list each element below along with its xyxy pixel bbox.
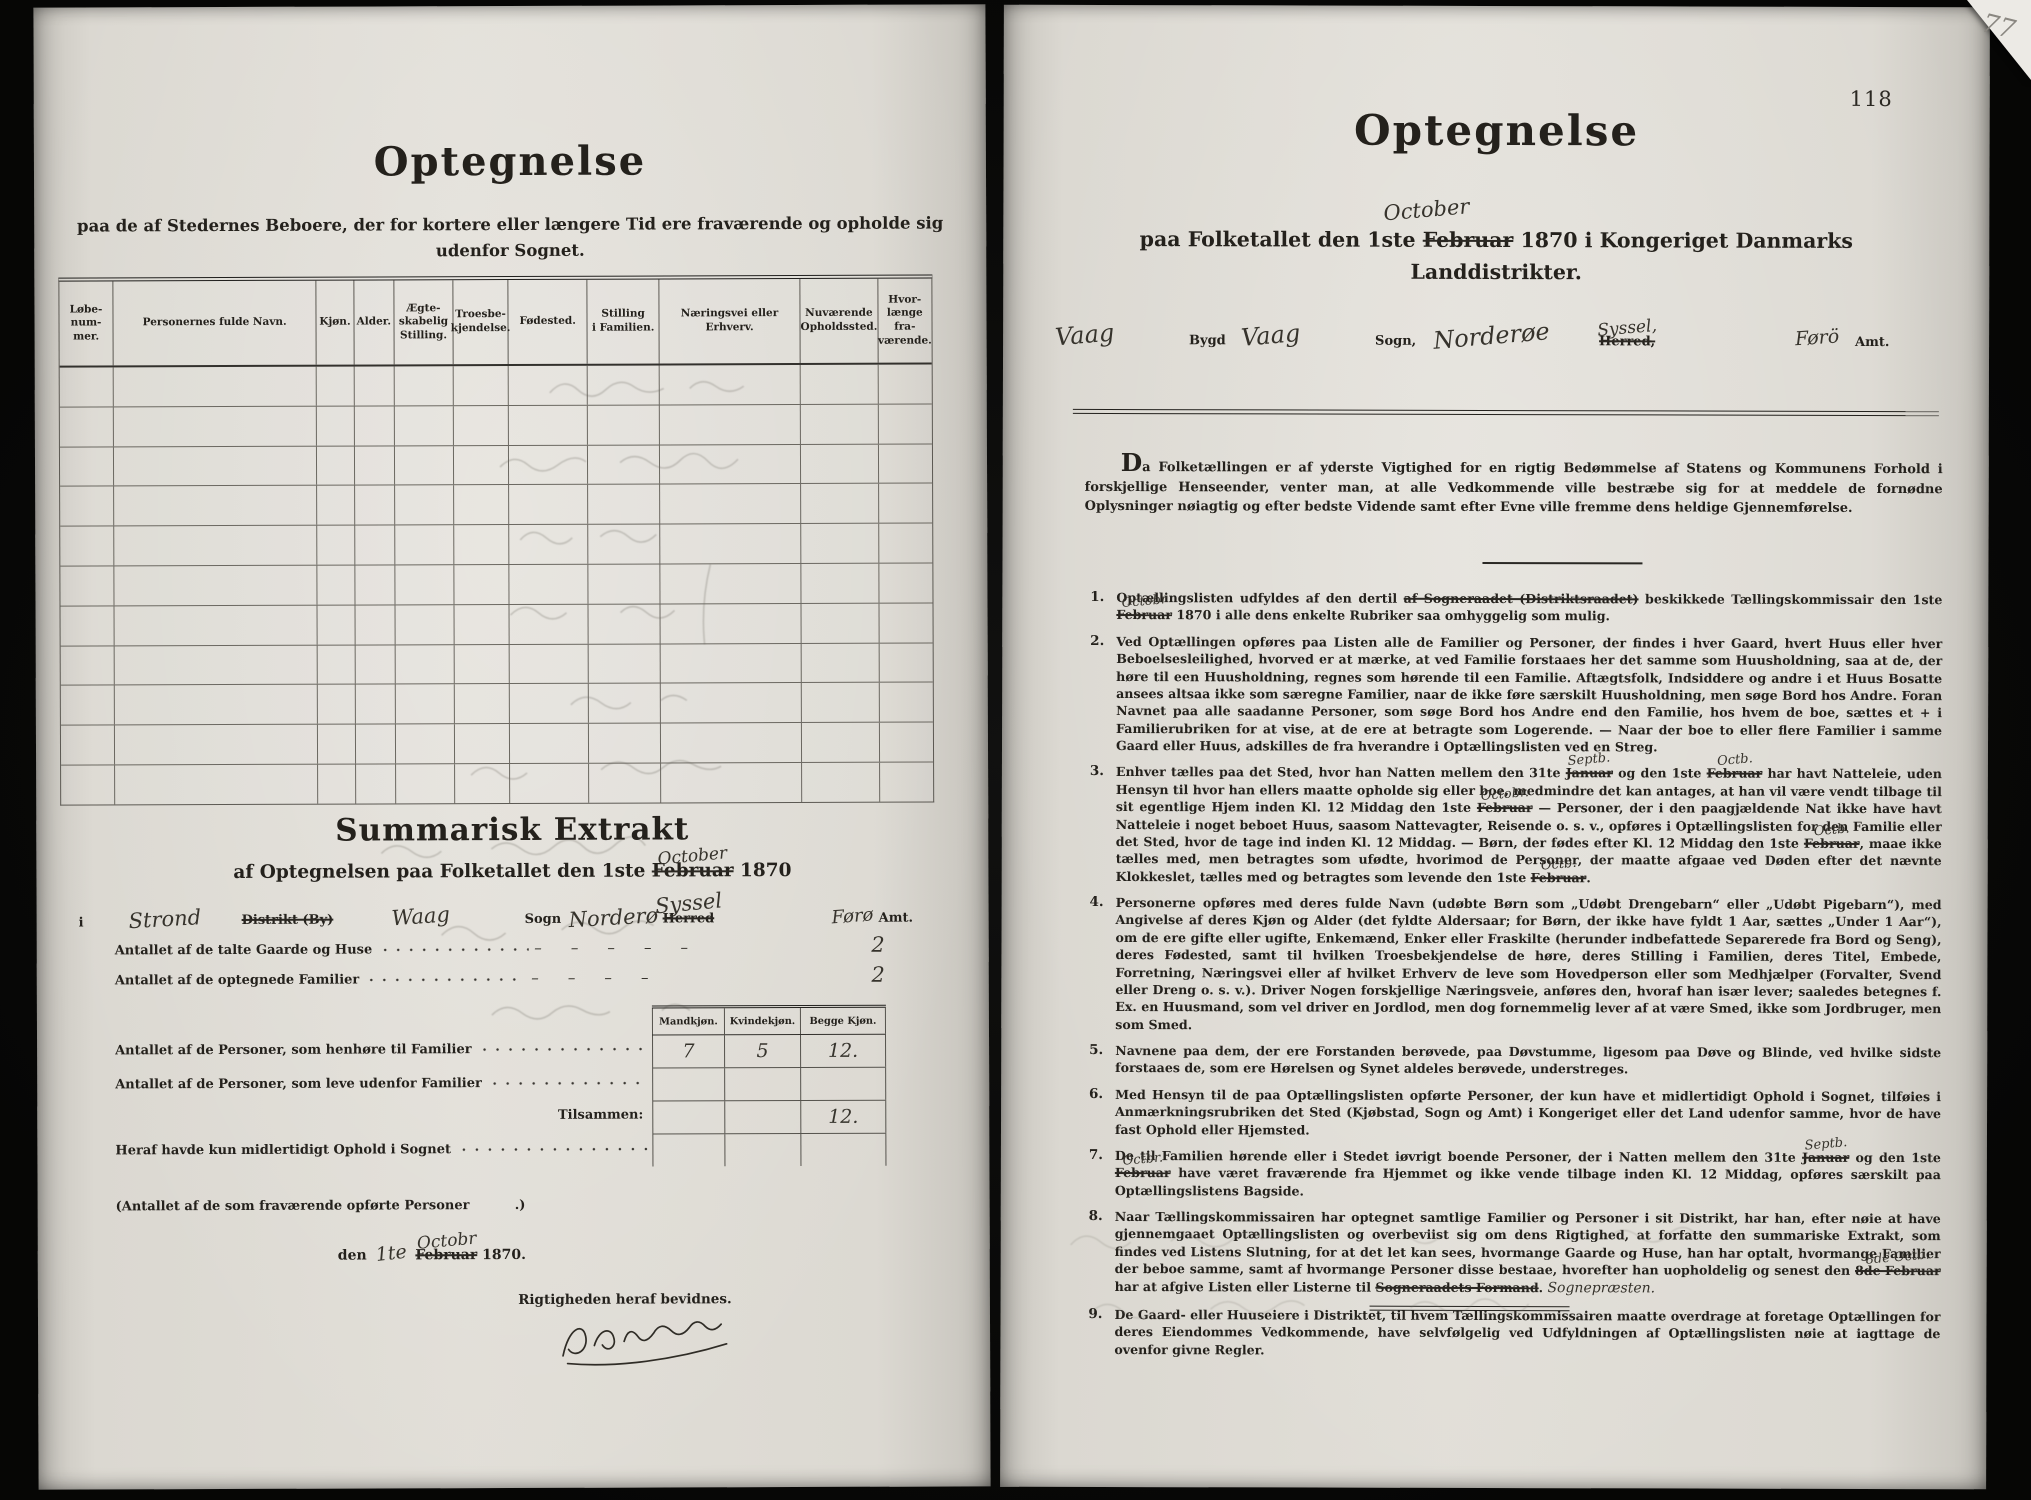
- table-cell: [317, 486, 355, 525]
- instruction-item: 4.Personerne opføres med deres fulde Nav…: [1081, 894, 1941, 1035]
- date-line: den 1te OctobrFebruar 1870.: [338, 1242, 526, 1265]
- table-header-cell: Stillingi Familien.: [588, 279, 660, 363]
- header-line2: Landdistrikter.: [1003, 259, 1989, 286]
- table-cell: [396, 724, 455, 763]
- table-cell: [660, 564, 801, 603]
- table-cell: [318, 725, 356, 764]
- table-cell: [395, 565, 454, 604]
- instruction-number: 3.: [1082, 763, 1104, 885]
- dotted-leader: [365, 973, 525, 984]
- table-cell: [509, 445, 588, 484]
- temporary-stay-row: Heraf havde kun midlertidigt Ophold i So…: [115, 1142, 647, 1159]
- left-page: Optegnelse paa de af Stedernes Beboere, …: [33, 4, 990, 1489]
- place-fill-line: Vaag Bygd Vaag Sogn, Norderøe Syssel,Her…: [1003, 321, 1989, 364]
- table-cell: [61, 726, 115, 765]
- table-cell: [510, 605, 589, 644]
- table-cell: [589, 525, 661, 564]
- label-bygd: Bygd: [1189, 333, 1226, 348]
- instruction-number: 8.: [1081, 1208, 1103, 1297]
- table-cell: [115, 685, 318, 725]
- male-count: 7: [652, 1035, 724, 1067]
- instruction-text: De Gaard- eller Huuseiere i Distriktet, …: [1114, 1306, 1940, 1360]
- table-cell: [396, 685, 455, 724]
- instructions-list: 1.Optællingslisten udfyldes af den derti…: [1080, 589, 1942, 1369]
- table-cell: [588, 365, 660, 404]
- table-row: [60, 564, 932, 607]
- summary-mini-table: Mandkjøn. Kvindekjøn. Begge Kjøn. 7 5 12…: [652, 1005, 887, 1165]
- handwritten-correction: 8de Octb.8de Februar: [1855, 1262, 1941, 1280]
- instruction-item: 7.De til Familien hørende eller i Stedet…: [1081, 1147, 1941, 1201]
- table-cell: [60, 447, 114, 486]
- table-cell: [589, 724, 661, 763]
- table-row: [61, 603, 933, 646]
- table-cell: [115, 645, 318, 685]
- table-cell: [879, 484, 932, 523]
- table-cell: [880, 762, 933, 801]
- herred-handwritten: Norderø: [568, 903, 659, 932]
- right-page: 118 Optegnelse October paa Folketallet d…: [1000, 5, 1990, 1490]
- intro-paragraph: Da Folketællingen er af yderste Vigtighe…: [1085, 454, 1943, 519]
- herred-handwritten: Norderøe: [1432, 317, 1551, 355]
- handwritten-correction: Octb.Februar: [1804, 835, 1860, 853]
- absent-persons-note: (Antallet af de som fraværende opførte P…: [116, 1198, 526, 1214]
- table-cell: [115, 725, 318, 765]
- table-cell: [588, 405, 660, 444]
- table-cell: [114, 446, 317, 486]
- table-cell: [509, 525, 588, 564]
- mini-table-row: 7 5 12.: [652, 1035, 886, 1069]
- instruction-text: Personerne opføres med deres fulde Navn …: [1115, 894, 1941, 1035]
- table-cell: [355, 565, 395, 604]
- table-cell: [355, 406, 395, 445]
- table-cell: [509, 565, 588, 604]
- table-cell: [356, 685, 396, 724]
- absentees-table: Løbe-num-mer.Personernes fulde Navn.Kjøn…: [58, 275, 934, 806]
- amt-handwritten: Førø: [831, 904, 874, 928]
- table-cell: [394, 366, 453, 405]
- instruction-text: Ved Optællingen opføres paa Listen alle …: [1116, 633, 1942, 757]
- table-cell: [318, 605, 356, 644]
- table-cell: [802, 723, 880, 762]
- subtitle-line2: udenfor Sognet.: [436, 240, 585, 260]
- table-cell: [60, 487, 114, 526]
- table-cell: [880, 723, 933, 762]
- bygd-handwritten: Vaag: [1054, 318, 1115, 351]
- table-cell: [454, 525, 509, 564]
- table-cell: [455, 605, 510, 644]
- mini-table-total-row: 12.: [652, 1101, 886, 1135]
- table-cell: [356, 764, 396, 803]
- handwritten-correction: Octbr.Februar: [1115, 1164, 1171, 1182]
- instruction-item: 2.Ved Optællingen opføres paa Listen all…: [1082, 633, 1942, 757]
- handwritten-correction: Octobr.Februar: [1477, 799, 1533, 817]
- month-correction: OctoberFebruar: [652, 860, 734, 881]
- instruction-text: De til Familien hørende eller i Stedet i…: [1115, 1147, 1941, 1201]
- table-cell: [318, 685, 356, 724]
- table-row: [60, 444, 932, 487]
- table-cell: [802, 603, 880, 642]
- extract-heading: Summarisk Extrakt: [36, 810, 988, 849]
- table-body: [60, 365, 934, 805]
- label-amt: Amt.: [1855, 335, 1889, 350]
- table-cell: [318, 765, 356, 804]
- table-cell: [801, 365, 879, 404]
- table-cell: [455, 764, 510, 803]
- table-cell: [318, 645, 356, 684]
- instruction-text: Optællingslisten udfyldes af den dertil …: [1116, 589, 1942, 626]
- total-label: Tilsammen:: [558, 1108, 643, 1123]
- table-cell: [395, 645, 454, 684]
- table-cell: [660, 484, 801, 523]
- instruction-number: 1.: [1082, 589, 1104, 624]
- table-cell: [589, 684, 661, 723]
- table-cell: [455, 724, 510, 763]
- date-month-correction: OctobrFebruar: [415, 1247, 477, 1263]
- signature-scribble: [552, 1305, 746, 1375]
- table-cell: [61, 646, 115, 685]
- table-cell: [454, 366, 509, 405]
- label-district: Distrikt (By): [242, 913, 334, 928]
- houses-count: 2: [871, 933, 884, 957]
- table-cell: [589, 604, 661, 643]
- table-header-cell: Personernes fulde Navn.: [113, 281, 316, 366]
- table-cell: [879, 444, 932, 483]
- table-cell: [317, 526, 355, 565]
- handwritten-correction: Octb.Februar: [1531, 869, 1587, 887]
- table-row: [61, 723, 933, 766]
- table-cell: [61, 606, 115, 645]
- table-row: [60, 524, 932, 567]
- scanned-census-document: Optegnelse paa de af Stedernes Beboere, …: [0, 0, 2031, 1500]
- table-cell: [661, 723, 802, 762]
- instruction-text: Enhver tælles paa det Sted, hvor han Nat…: [1116, 763, 1942, 887]
- subtitle-line1: paa de af Stedernes Beboere, der for kor…: [77, 213, 943, 235]
- families-count: 2: [871, 963, 884, 987]
- extract-subheading: af Optegnelsen paa Folketallet den 1ste …: [36, 859, 988, 883]
- table-cell: [661, 683, 802, 722]
- label-sogn: Sogn,: [1375, 334, 1416, 349]
- bottom-rule: [1370, 1306, 1570, 1312]
- table-cell: [61, 765, 115, 804]
- instruction-number: 7.: [1081, 1147, 1103, 1199]
- persons-outside-families-row: Antallet af de Personer, som leve udenfo…: [115, 1076, 647, 1093]
- table-cell: [879, 404, 932, 443]
- table-cell: [60, 407, 114, 446]
- day-handwritten: 1te: [374, 1241, 407, 1266]
- table-cell: [396, 764, 455, 803]
- table-cell: [879, 683, 932, 722]
- table-cell: [801, 444, 879, 483]
- table-cell: [801, 405, 879, 444]
- amt-handwritten: Førö: [1794, 325, 1839, 350]
- handwritten-correction: OctobrFebruar: [1116, 606, 1172, 624]
- instruction-item: 9.De Gaard- eller Huuseiere i Distriktet…: [1080, 1306, 1940, 1360]
- table-header-cell: Næringsvei eller Erhverv.: [659, 279, 801, 363]
- table-cell: [509, 406, 588, 445]
- section-divider-rule: [1482, 562, 1642, 564]
- table-cell: [455, 684, 510, 723]
- instruction-item: 6.Med Hensyn til de paa Optællingslisten…: [1081, 1086, 1941, 1140]
- table-cell: [395, 446, 454, 485]
- table-cell: [802, 643, 880, 682]
- table-row: [61, 683, 933, 726]
- dotted-leader: [457, 1143, 647, 1154]
- table-header-cell: NuværendeOpholdssted.: [800, 279, 878, 363]
- table-cell: [355, 526, 395, 565]
- table-cell: [589, 564, 661, 603]
- right-page-title: Optegnelse: [1004, 105, 1990, 157]
- header-line1: paa Folketallet den 1ste Februar 1870 i …: [1003, 227, 1989, 254]
- instruction-item: 3.Enhver tælles paa det Sted, hvor han N…: [1082, 763, 1942, 887]
- table-cell: [395, 486, 454, 525]
- table-row: [61, 762, 933, 804]
- dotted-leader: [478, 1043, 647, 1054]
- table-cell: [801, 524, 879, 563]
- horizontal-rule: [1073, 409, 1939, 416]
- table-cell: [60, 527, 114, 566]
- instruction-item: 5.Navnene paa dem, der ere Forstanden be…: [1081, 1042, 1941, 1079]
- table-cell: [355, 605, 395, 644]
- table-cell: [60, 367, 114, 406]
- count-row-houses: Antallet af de talte Gaarde og Huse – – …: [115, 933, 885, 960]
- table-cell: [454, 406, 509, 445]
- table-cell: [510, 764, 589, 803]
- table-cell: [317, 446, 355, 485]
- mini-table-row: [652, 1134, 886, 1165]
- table-cell: [61, 686, 115, 725]
- mini-table-header: Mandkjøn. Kvindekjøn. Begge Kjøn.: [652, 1008, 886, 1036]
- handwritten-correction: Octb.Februar: [1707, 765, 1763, 783]
- label-sogn: Sogn: [525, 912, 562, 927]
- table-cell: [114, 367, 317, 407]
- table-cell: [317, 367, 355, 406]
- table-cell: [395, 605, 454, 644]
- female-count: 5: [724, 1035, 800, 1067]
- table-cell: [454, 485, 509, 524]
- table-cell: [454, 565, 509, 604]
- table-row: [61, 643, 933, 686]
- handwritten-correction: Septb.Januar: [1802, 1149, 1849, 1166]
- table-cell: [355, 486, 395, 525]
- table-cell: [879, 603, 932, 642]
- table-header-row: Løbe-num-mer.Personernes fulde Navn.Kjøn…: [59, 279, 931, 368]
- attestation-text: Rigtigheden heraf bevidnes.: [500, 1291, 750, 1308]
- table-cell: [510, 644, 589, 683]
- instruction-text: Med Hensyn til de paa Optællingslisten o…: [1115, 1086, 1941, 1140]
- table-cell: [114, 526, 317, 566]
- table-cell: [114, 486, 317, 526]
- instruction-number: 2.: [1082, 633, 1104, 755]
- instruction-text: Naar Tællingskommissairen har optegnet s…: [1115, 1208, 1941, 1299]
- table-cell: [878, 365, 931, 404]
- table-cell: [801, 564, 879, 603]
- sogn-handwritten: Vaag: [1240, 319, 1301, 352]
- table-cell: [510, 684, 589, 723]
- left-page-subtitle: paa de af Stedernes Beboere, der for kor…: [34, 210, 986, 264]
- table-cell: [318, 566, 356, 605]
- table-row: [60, 365, 932, 408]
- total-count: 12.: [800, 1035, 886, 1067]
- table-cell: [354, 366, 394, 405]
- table-cell: [510, 724, 589, 763]
- table-cell: [114, 406, 317, 446]
- table-cell: [801, 484, 879, 523]
- table-cell: [454, 446, 509, 485]
- table-cell: [355, 446, 395, 485]
- table-cell: [509, 366, 588, 405]
- herred-correction: SysselHerred: [663, 911, 715, 926]
- table-cell: [660, 445, 801, 484]
- grand-total: 12.: [800, 1101, 886, 1133]
- table-cell: [660, 365, 801, 404]
- table-cell: [588, 445, 660, 484]
- struck-february: Februar: [1423, 228, 1514, 252]
- instruction-text: Navnene paa dem, der ere Forstanden berø…: [1115, 1042, 1941, 1079]
- table-header-cell: Løbe-num-mer.: [59, 281, 113, 365]
- table-cell: [661, 763, 802, 802]
- table-cell: [879, 643, 932, 682]
- table-cell: [115, 765, 318, 805]
- table-cell: [589, 763, 661, 802]
- herred-correction: Syssel,Herred,: [1599, 334, 1655, 349]
- table-cell: [395, 406, 454, 445]
- label-amt: Amt.: [879, 911, 913, 926]
- label-i: i: [79, 915, 84, 930]
- table-cell: [355, 645, 395, 684]
- table-cell: [395, 525, 454, 564]
- table-cell: [588, 485, 660, 524]
- instruction-item: 1.Optællingslisten udfyldes af den derti…: [1082, 589, 1942, 626]
- handwritten-correction: Septb.Januar: [1566, 765, 1613, 782]
- table-cell: [879, 524, 932, 563]
- instruction-number: 9.: [1080, 1306, 1102, 1358]
- table-row: [60, 404, 932, 447]
- instruction-number: 4.: [1081, 894, 1103, 1033]
- table-row: [60, 484, 932, 527]
- table-cell: [356, 725, 396, 764]
- table-cell: [802, 683, 880, 722]
- table-header-cell: Alder.: [354, 280, 394, 364]
- dotted-leader: [378, 943, 528, 954]
- table-header-cell: Fødested.: [508, 280, 588, 364]
- table-cell: [317, 406, 355, 445]
- table-cell: [879, 564, 932, 603]
- table-cell: [802, 763, 880, 802]
- table-cell: [660, 405, 801, 444]
- instruction-number: 6.: [1081, 1086, 1103, 1138]
- table-cell: [60, 566, 114, 605]
- table-cell: [589, 644, 661, 683]
- left-page-title: Optegnelse: [34, 136, 986, 186]
- table-header-cell: Ægte-skabeligStilling.: [394, 280, 454, 364]
- table-header-cell: Troesbe-kjendelse.: [453, 280, 508, 364]
- table-header-cell: Hvor-længefra-værende.: [878, 279, 931, 363]
- table-cell: [115, 605, 318, 645]
- dotted-leader: [488, 1077, 647, 1088]
- sogn-handwritten: Waag: [391, 902, 451, 930]
- persons-in-families-row: Antallet af de Personer, som henhøre til…: [115, 1042, 647, 1059]
- instruction-number: 5.: [1081, 1042, 1103, 1077]
- instruction-item: 8.Naar Tællingskommissairen har optegnet…: [1081, 1208, 1941, 1299]
- table-cell: [660, 524, 801, 563]
- table-cell: [114, 566, 317, 606]
- district-handwritten: Strond: [128, 905, 202, 933]
- table-cell: [455, 645, 510, 684]
- count-row-families: Antallet af de optegnede Familier – – – …: [115, 963, 885, 990]
- table-header-cell: Kjøn.: [317, 281, 355, 365]
- table-cell: [509, 485, 588, 524]
- table-cell: [660, 604, 801, 643]
- mini-table-row: [652, 1068, 886, 1102]
- table-cell: [661, 644, 802, 683]
